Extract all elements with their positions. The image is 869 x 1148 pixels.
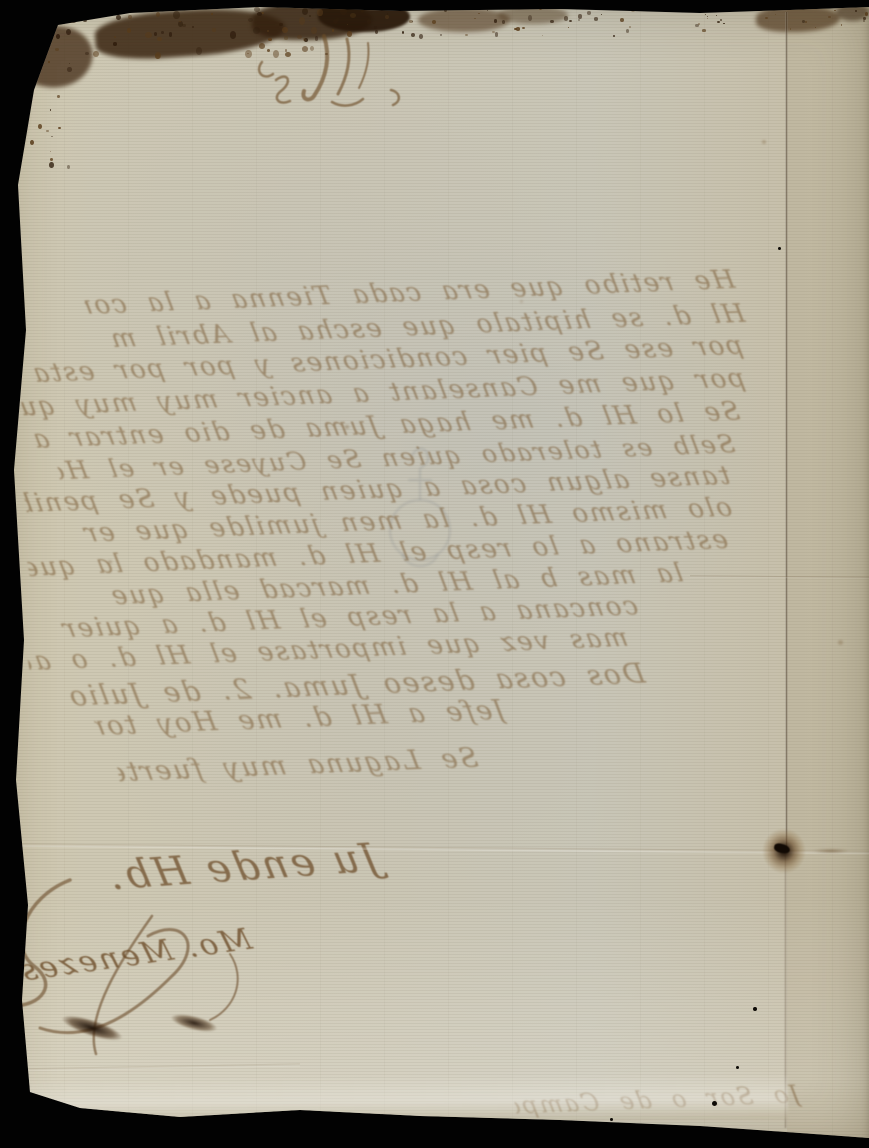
foxing-speck: [13, 141, 16, 144]
foxing-speck: [71, 10, 77, 17]
foxing-speck: [700, 6, 702, 8]
foxing-speck: [498, 5, 501, 8]
foxing-speck: [8, 64, 11, 66]
foxing-speck: [13, 32, 14, 34]
foxing-speck: [38, 74, 39, 75]
foxing-speck: [72, 19, 76, 23]
foxing-speck: [20, 94, 25, 99]
foxing-speck: [403, 7, 405, 8]
foxing-speck: [24, 119, 27, 122]
manuscript-scan: He retibo que era cada Tienna a la conci…: [0, 0, 869, 1148]
foxing-speck: [26, 98, 30, 103]
foxing-speck: [24, 59, 27, 61]
foxing-speck: [9, 85, 13, 90]
foxing-speck: [13, 97, 16, 99]
foxing-speck: [72, 16, 75, 20]
foxing-speck: [77, 7, 79, 9]
foxing-speck: [20, 150, 21, 151]
foxing-speck: [105, 7, 108, 9]
foxing-speck: [635, 10, 636, 12]
foxing-speck: [10, 134, 13, 137]
foxing-speck: [89, 15, 95, 20]
foxing-speck: [610, 4, 614, 9]
foxing-speck: [729, 9, 731, 11]
edge-vignette: [0, 0, 869, 1148]
foxing-blob: [0, 58, 26, 153]
foxing-speck: [10, 131, 11, 133]
paper-sheet: He retibo que era cada Tienna a la conci…: [0, 0, 869, 1148]
foxing-speck: [608, 7, 610, 9]
foxing-speck: [771, 7, 774, 9]
